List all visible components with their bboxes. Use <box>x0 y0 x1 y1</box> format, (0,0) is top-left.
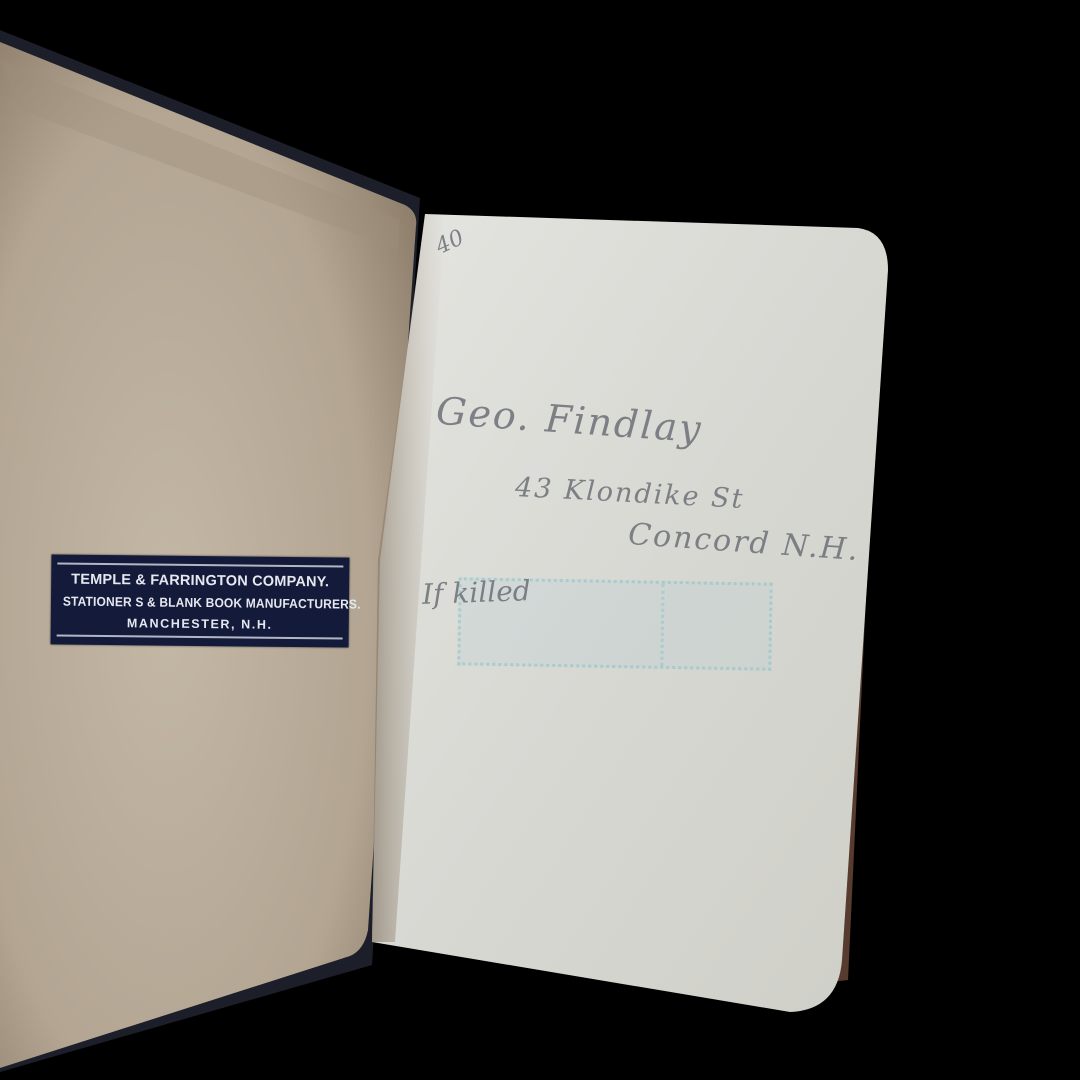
label-trade: STATIONER S & BLANK BOOK MANUFACTURERS. <box>63 594 337 612</box>
label-rule-bottom <box>57 635 343 640</box>
label-company: TEMPLE & FARRINGTON COMPANY. <box>51 571 349 590</box>
label-rule-top <box>57 563 343 568</box>
stationer-label: TEMPLE & FARRINGTON COMPANY. STATIONER S… <box>51 554 350 647</box>
label-location: MANCHESTER, N.H. <box>51 615 349 632</box>
if-killed-note: If killed <box>421 574 531 611</box>
notebook <box>0 0 1080 1080</box>
photo-scene: TEMPLE & FARRINGTON COMPANY. STATIONER S… <box>0 0 1080 1080</box>
